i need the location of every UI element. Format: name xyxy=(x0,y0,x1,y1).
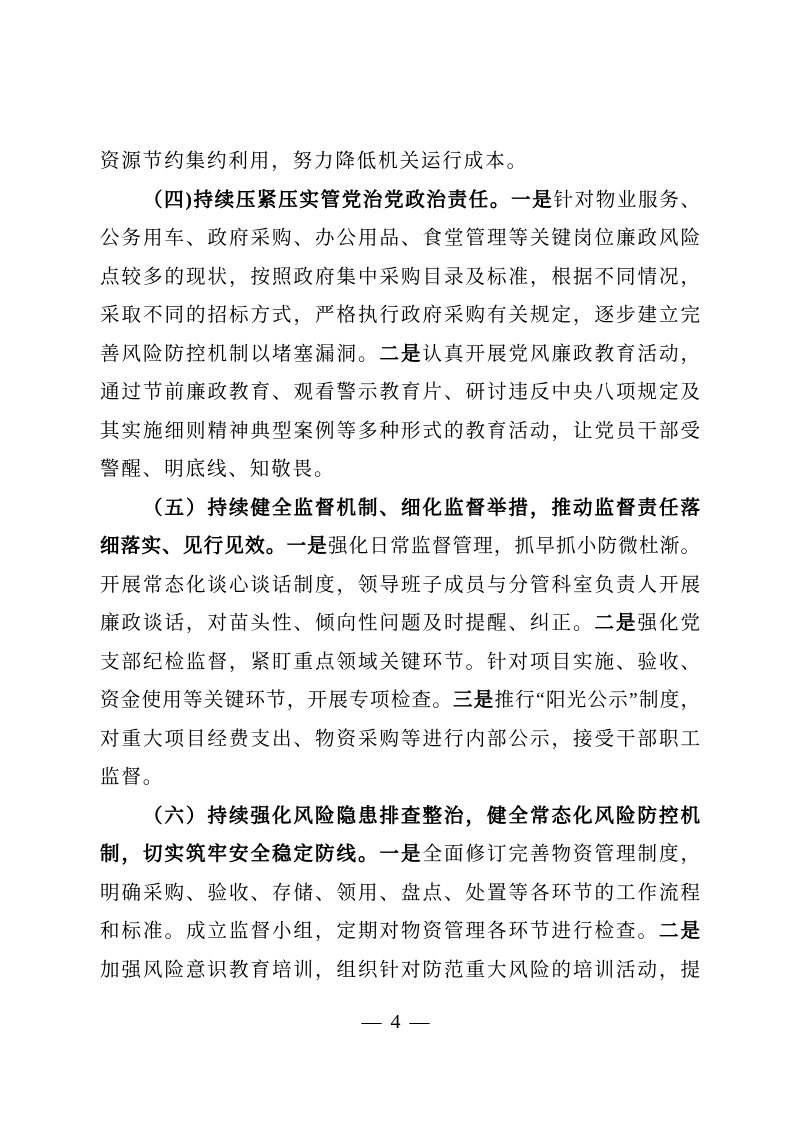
text-line: 开展常态化谈心谈话制度，领导班子成员与分管科室负责人开展 xyxy=(100,567,700,606)
bold-text-run: （五）持续健全监督机制、细化监督举措，推动监督责任落 xyxy=(143,498,700,519)
bold-text-run: 细落实、见行见效。一是 xyxy=(100,536,328,557)
text-run: 采取不同的招标方式，严格执行政府采购有关规定，逐步建立完 xyxy=(100,305,700,326)
text-run: 推行“阳光公示”制度， xyxy=(495,690,700,711)
text-run: 公务用车、政府采购、办公用品、食堂管理等关键岗位廉政风险 xyxy=(100,228,700,249)
text-line: 对重大项目经费支出、物资采购等进行内部公示，接受干部职工 xyxy=(100,721,700,760)
document-page: 资源节约集约利用，努力降低机关运行成本。（四)持续压紧压实管党治党政治责任。一是… xyxy=(0,0,793,1122)
text-run: 认真开展党风廉政教育活动， xyxy=(422,344,699,365)
bold-text-run: 二是 xyxy=(379,344,422,365)
text-line: 制，切实筑牢安全稳定防线。一是全面修订完善物资管理制度， xyxy=(100,836,700,875)
text-run: 加强风险意识教育培训，组织针对防范重大风险的培训活动，提 xyxy=(100,960,700,981)
text-run: 资金使用等关键环节，开展专项检查。 xyxy=(100,690,453,711)
text-run: 点较多的现状，按照政府集中采购目录及标准，根据不同情况， xyxy=(100,267,700,288)
text-line: 细落实、见行见效。一是强化日常监督管理，抓早抓小防微杜渐。 xyxy=(100,528,700,567)
text-line: （四)持续压紧压实管党治党政治责任。一是针对物业服务、 xyxy=(100,182,700,221)
text-line: 明确采购、验收、存储、领用、盘点、处置等各环节的工作流程 xyxy=(100,875,700,914)
bold-text-run: 二是 xyxy=(659,921,700,942)
text-line: 其实施细则精神典型案例等多种形式的教育活动，让党员干部受 xyxy=(100,413,700,452)
text-line: （六）持续强化风险隐患排查整治，健全常态化风险防控机 xyxy=(100,798,700,837)
text-line: 通过节前廉政教育、观看警示教育片、研讨违反中央八项规定及 xyxy=(100,374,700,413)
bold-text-run: 三是 xyxy=(453,690,495,711)
text-run: 资源节约集约利用，努力降低机关运行成本。 xyxy=(100,151,528,172)
text-run: 强化日常监督管理，抓早抓小防微杜渐。 xyxy=(328,536,700,557)
text-run: 其实施细则精神典型案例等多种形式的教育活动，让党员干部受 xyxy=(100,421,700,442)
text-line: 警醒、明底线、知敬畏。 xyxy=(100,451,700,490)
page-footer: — 4 — xyxy=(0,1008,793,1036)
text-run: 强化党 xyxy=(637,613,700,634)
bold-text-run: 制，切实筑牢安全稳定防线。一是 xyxy=(100,844,422,865)
text-run: 针对物业服务、 xyxy=(553,190,700,211)
text-line: 善风险防控机制以堵塞漏洞。二是认真开展党风廉政教育活动， xyxy=(100,336,700,375)
bold-text-run: （六）持续强化风险隐患排查整治，健全常态化风险防控机 xyxy=(143,806,700,827)
text-run: 通过节前廉政教育、观看警示教育片、研讨违反中央八项规定及 xyxy=(100,382,700,403)
page-number: — 4 — xyxy=(362,1011,432,1033)
text-line: 点较多的现状，按照政府集中采购目录及标准，根据不同情况， xyxy=(100,259,700,298)
text-line: （五）持续健全监督机制、细化监督举措，推动监督责任落 xyxy=(100,490,700,529)
text-run: 和标准。成立监督小组，定期对物资管理各环节进行检查。 xyxy=(100,921,659,942)
text-line: 和标准。成立监督小组，定期对物资管理各环节进行检查。二是 xyxy=(100,913,700,952)
text-line: 支部纪检监督，紧盯重点领域关键环节。针对项目实施、验收、 xyxy=(100,644,700,683)
text-line: 加强风险意识教育培训，组织针对防范重大风险的培训活动，提 xyxy=(100,952,700,991)
text-run: 开展常态化谈心谈话制度，领导班子成员与分管科室负责人开展 xyxy=(100,575,700,596)
text-run: 明确采购、验收、存储、领用、盘点、处置等各环节的工作流程 xyxy=(100,883,700,904)
text-run: 监督。 xyxy=(100,767,164,788)
text-run: 全面修订完善物资管理制度， xyxy=(422,844,700,865)
text-line: 监督。 xyxy=(100,759,700,798)
text-line: 资金使用等关键环节，开展专项检查。三是推行“阳光公示”制度， xyxy=(100,682,700,721)
text-line: 资源节约集约利用，努力降低机关运行成本。 xyxy=(100,143,700,182)
text-run: 支部纪检监督，紧盯重点领域关键环节。针对项目实施、验收、 xyxy=(100,652,700,673)
bold-text-run: 二是 xyxy=(594,613,637,634)
body-lines: 资源节约集约利用，努力降低机关运行成本。（四)持续压紧压实管党治党政治责任。一是… xyxy=(100,143,700,990)
bold-text-run: （四)持续压紧压实管党治党政治责任。一是 xyxy=(143,190,553,211)
text-run: 对重大项目经费支出、物资采购等进行内部公示，接受干部职工 xyxy=(100,729,700,750)
text-run: 善风险防控机制以堵塞漏洞。 xyxy=(100,344,379,365)
text-line: 廉政谈话，对苗头性、倾向性问题及时提醒、纠正。二是强化党 xyxy=(100,605,700,644)
text-line: 公务用车、政府采购、办公用品、食堂管理等关键岗位廉政风险 xyxy=(100,220,700,259)
text-line: 采取不同的招标方式，严格执行政府采购有关规定，逐步建立完 xyxy=(100,297,700,336)
text-run: 警醒、明底线、知敬畏。 xyxy=(100,459,335,480)
text-run: 廉政谈话，对苗头性、倾向性问题及时提醒、纠正。 xyxy=(100,613,594,634)
